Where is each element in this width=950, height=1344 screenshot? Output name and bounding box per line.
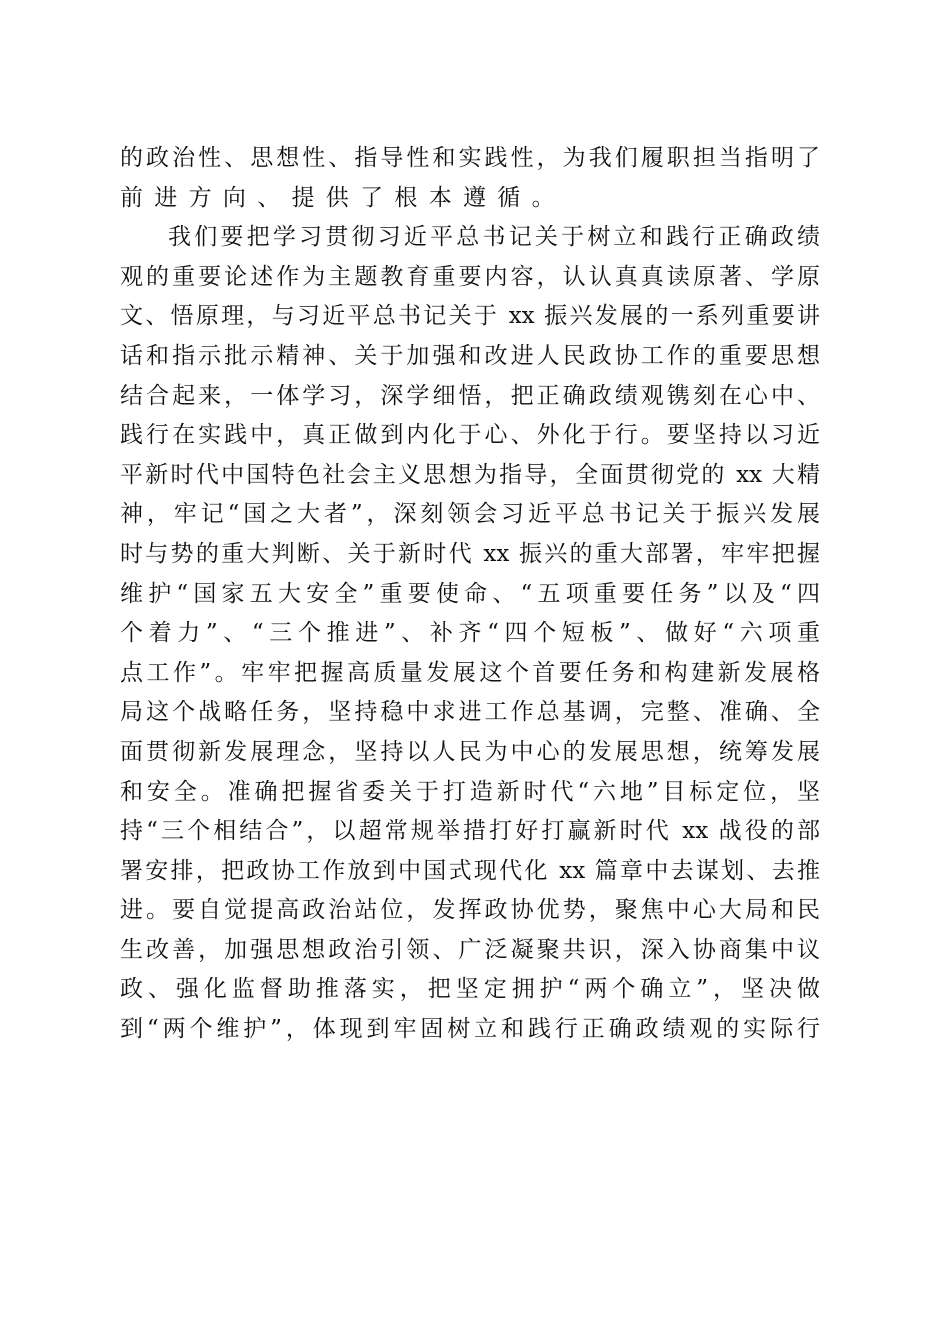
paragraph-2-line-5: 结合起来，一体学习，深学细悟，把正确政绩观镌刻在心中、 xyxy=(120,377,820,417)
paragraph-2-line-15: 和安全。准确把握省委关于打造新时代“六地”目标定位，坚 xyxy=(120,773,820,813)
document-body: 的政治性、思想性、指导性和实践性，为我们履职担当指明了 前进方向、提供了根本遵循… xyxy=(120,139,840,1050)
paragraph-2-line-14: 面贯彻新发展理念，坚持以人民为中心的发展思想，统筹发展 xyxy=(120,733,820,773)
document-page: 的政治性、思想性、指导性和实践性，为我们履职担当指明了 前进方向、提供了根本遵循… xyxy=(0,0,950,1344)
paragraph-2-line-10: 维护“国家五大安全”重要使命、“五项重要任务”以及“四 xyxy=(120,575,820,615)
paragraph-2-line-3: 文、悟原理，与习近平总书记关于 xx 振兴发展的一系列重要讲 xyxy=(120,297,820,337)
paragraph-2-line-8: 神，牢记“国之大者”，深刻领会习近平总书记关于振兴发展 xyxy=(120,495,820,535)
paragraph-2-line-16: 持“三个相结合”，以超常规举措打好打赢新时代 xx 战役的部 xyxy=(120,812,820,852)
paragraph-1-line-2: 前进方向、提供了根本遵循。 xyxy=(120,179,820,219)
paragraph-2-line-18: 进。要自觉提高政治站位，发挥政协优势，聚焦中心大局和民 xyxy=(120,891,820,931)
paragraph-2-line-19: 生改善，加强思想政治引领、广泛凝聚共识，深入协商集中议 xyxy=(120,931,820,971)
paragraph-2-line-7: 平新时代中国特色社会主义思想为指导，全面贯彻党的 xx 大精 xyxy=(120,456,820,496)
paragraph-1-line-1: 的政治性、思想性、指导性和实践性，为我们履职担当指明了 xyxy=(120,139,820,179)
paragraph-2-line-20: 政、强化监督助推落实，把坚定拥护“两个确立”，坚决做 xyxy=(120,970,820,1010)
paragraph-2-line-4: 话和指示批示精神、关于加强和改进人民政协工作的重要思想 xyxy=(120,337,820,377)
paragraph-2-line-12: 点工作”。牢牢把握高质量发展这个首要任务和构建新发展格 xyxy=(120,654,820,694)
paragraph-2-line-11: 个着力”、“三个推进”、补齐“四个短板”、做好“六项重 xyxy=(120,614,820,654)
paragraph-2-line-13: 局这个战略任务，坚持稳中求进工作总基调，完整、准确、全 xyxy=(120,693,820,733)
paragraph-2-line-21: 到“两个维护”，体现到牢固树立和践行正确政绩观的实际行 xyxy=(120,1010,820,1050)
paragraph-2-line-6: 践行在实践中，真正做到内化于心、外化于行。要坚持以习近 xyxy=(120,416,820,456)
paragraph-2-line-9: 时与势的重大判断、关于新时代 xx 振兴的重大部署，牢牢把握 xyxy=(120,535,820,575)
paragraph-2-line-1: 我们要把学习贯彻习近平总书记关于树立和践行正确政绩 xyxy=(120,218,820,258)
paragraph-2-line-2: 观的重要论述作为主题教育重要内容，认认真真读原著、学原 xyxy=(120,258,820,298)
paragraph-2-line-17: 署安排，把政协工作放到中国式现代化 xx 篇章中去谋划、去推 xyxy=(120,852,820,892)
